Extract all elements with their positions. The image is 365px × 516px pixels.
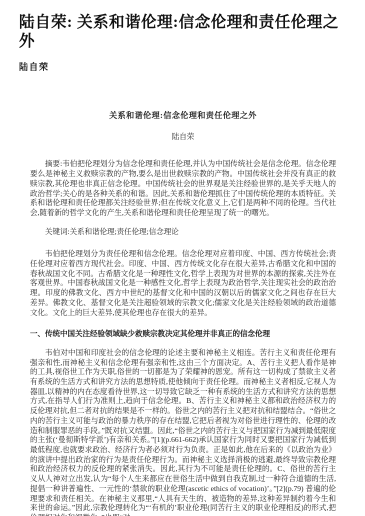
abstract-paragraph: 摘要:韦伯把伦理划分为信念伦理和责任伦理,并认为中国传统社会是信念伦理。信念伦理… bbox=[30, 159, 336, 217]
section-1-paragraph: 韦伯对中国和印度社会的信念伦理的论述主要和神秘主义相连。苦行主义和责任伦理有强亲… bbox=[30, 348, 336, 516]
intro-paragraph: 韦伯把伦理划分为责任伦理和信念伦理。信念伦理对应着印度、中国、西方传统社会;责任… bbox=[30, 249, 336, 317]
section-1-heading: 一、传统中国关注经验领域缺少救赎宗教决定其伦理并非真正的信念伦理 bbox=[30, 329, 336, 339]
article-title: 关系和谐伦理:信念伦理和责任伦理之外 bbox=[30, 111, 336, 121]
article-author: 陆自荣 bbox=[30, 132, 336, 142]
header-author: 陆自荣 bbox=[19, 60, 345, 73]
page-header: 陆自荣: 关系和谐伦理:信念伦理和责任伦理之外 陆自荣 bbox=[0, 0, 365, 73]
document-page: 陆自荣: 关系和谐伦理:信念伦理和责任伦理之外 陆自荣 关系和谐伦理:信念伦理和… bbox=[0, 0, 365, 516]
article-body: 关系和谐伦理:信念伦理和责任伦理之外 陆自荣 摘要:韦伯把伦理划分为信念伦理和责… bbox=[30, 111, 336, 516]
keywords-line: 关键词:关系和谐伦理;责任伦理;信念理论 bbox=[30, 227, 336, 237]
page-title: 陆自荣: 关系和谐伦理:信念伦理和责任伦理之外 bbox=[19, 13, 345, 51]
